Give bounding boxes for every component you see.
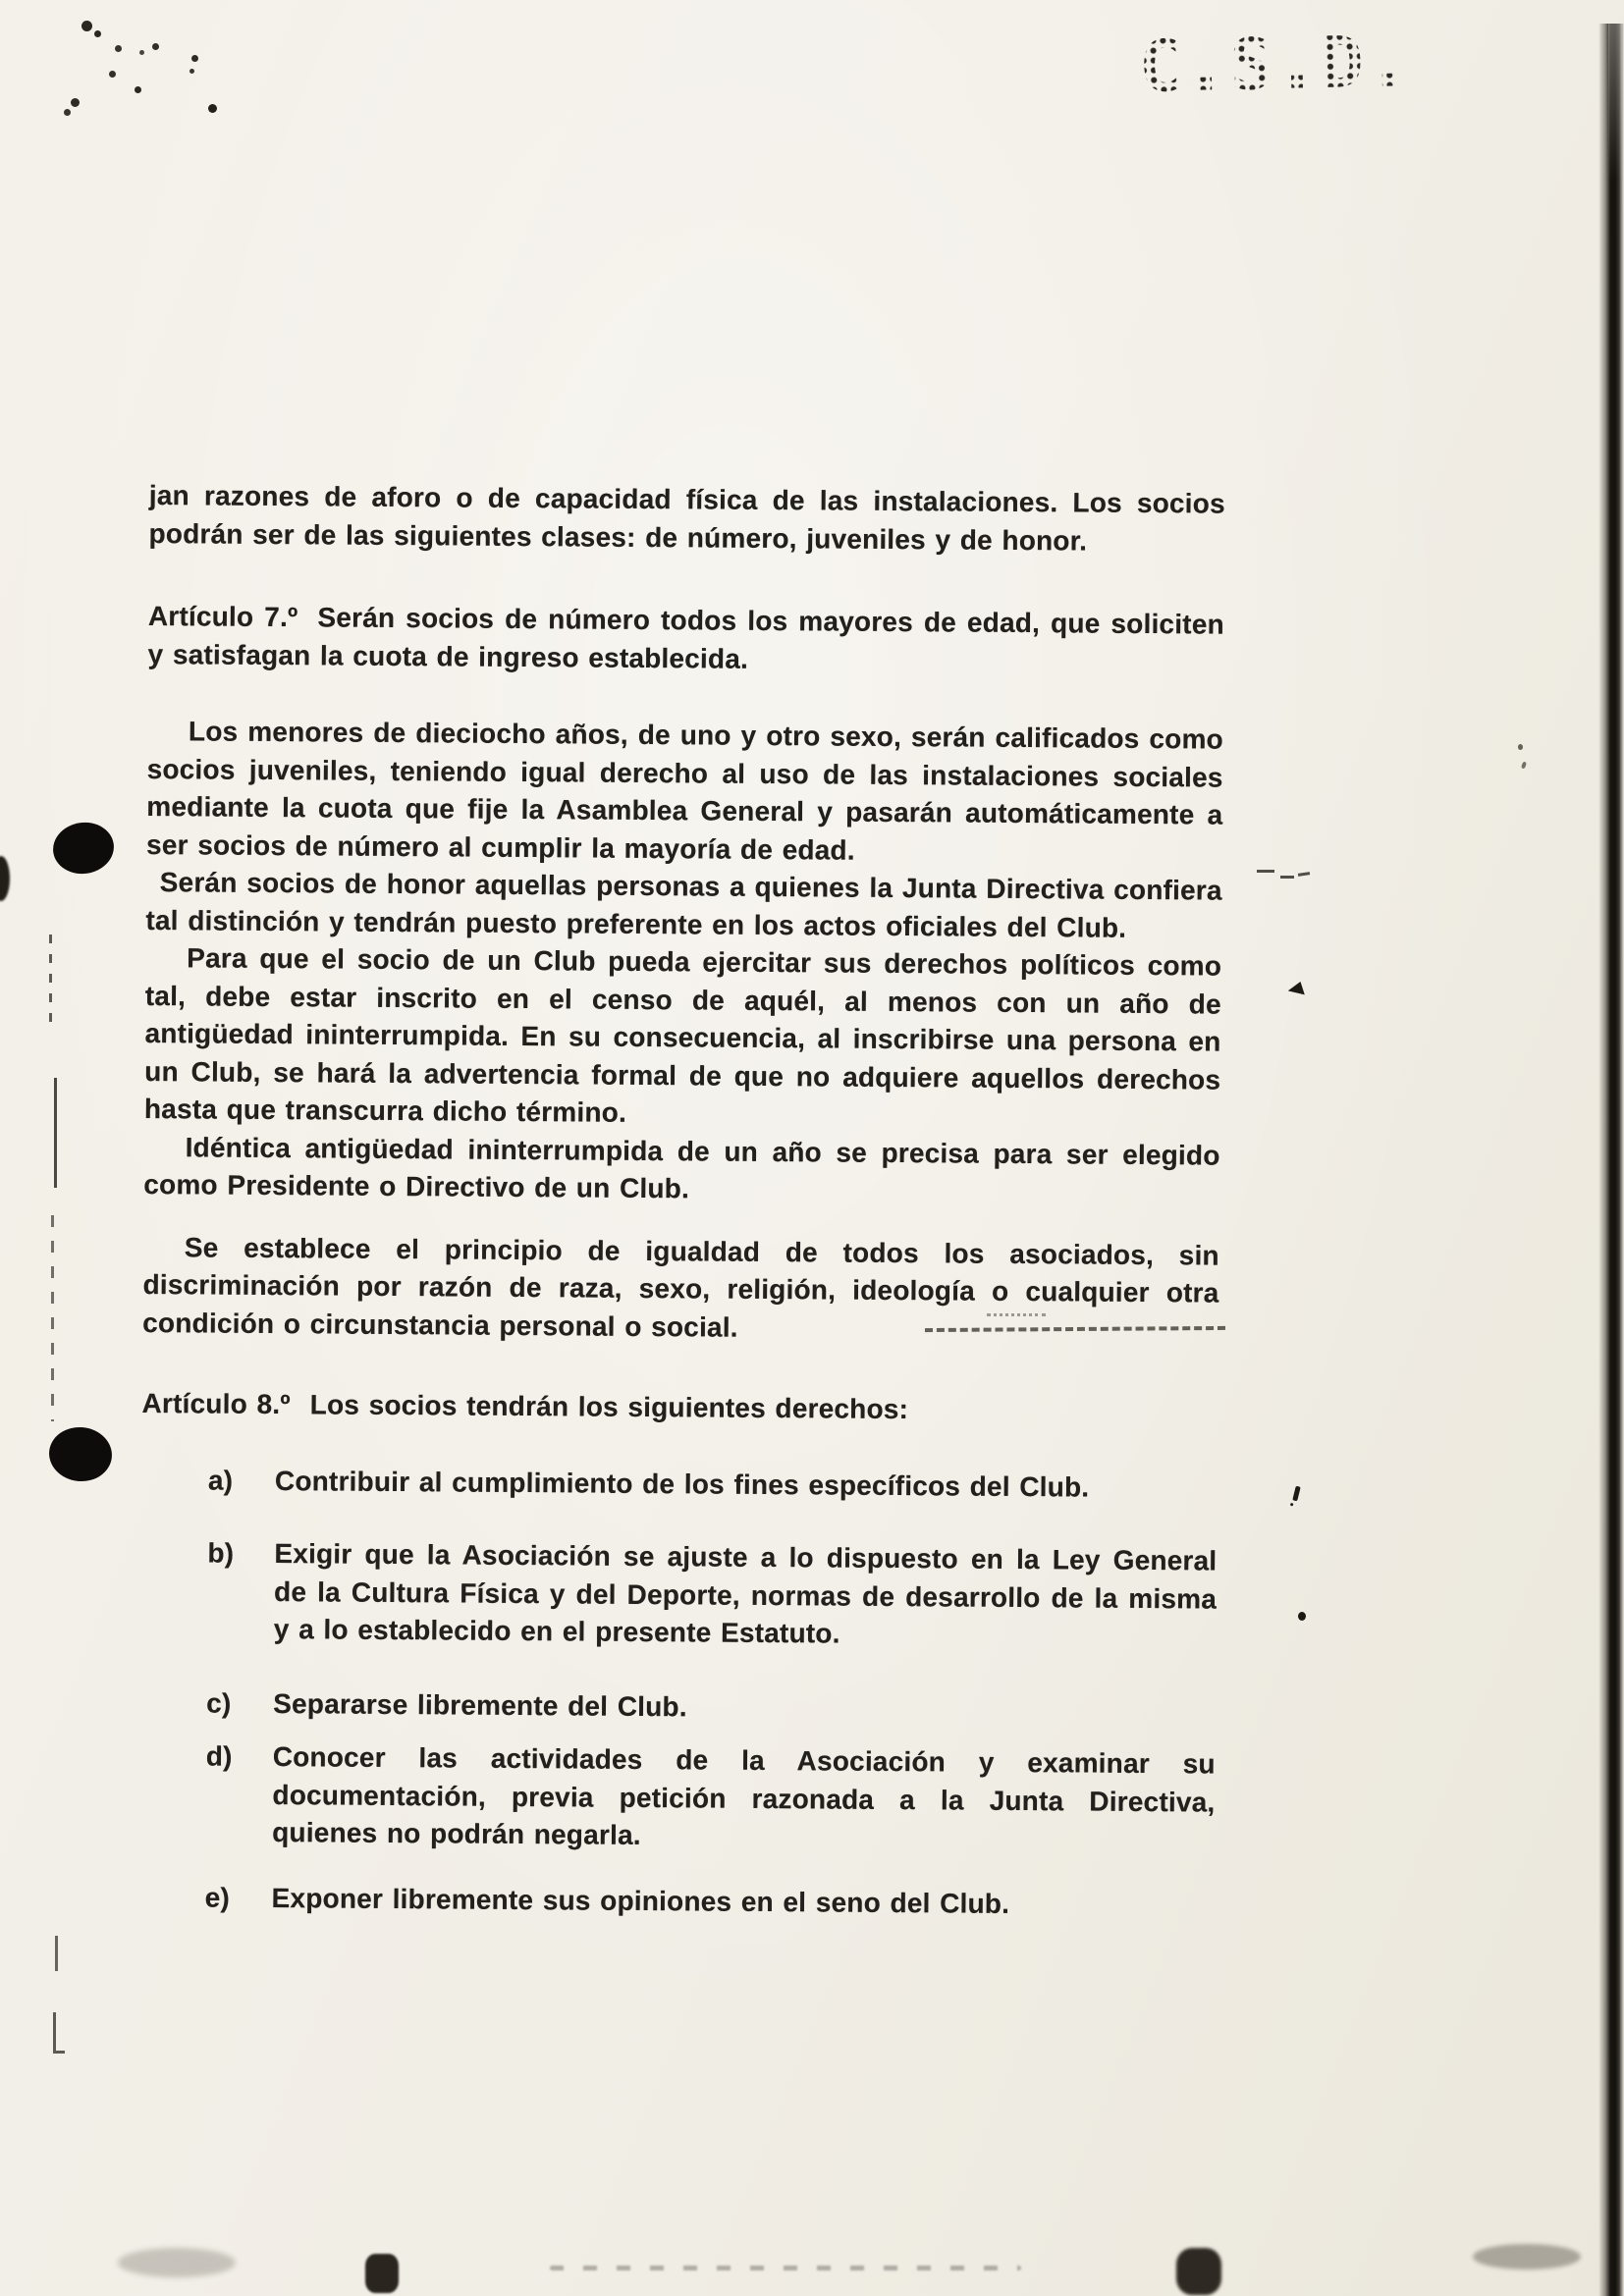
csd-dotted-stamp: C.S.D. <box>1138 11 1415 125</box>
list-item-marker: b) <box>207 1535 234 1574</box>
article-7-label: Artículo 7.º <box>148 601 298 632</box>
scan-artifact-pen-dashes <box>1257 868 1316 883</box>
scan-artifact-dot <box>1518 744 1523 750</box>
article-7-body-paragraph: Se establece el principio de igualdad de… <box>142 1228 1219 1350</box>
hole-punch-dot-bottom <box>46 1424 114 1484</box>
scan-artifact-arrow-mark <box>1286 982 1305 999</box>
scan-artifact-smudge <box>1176 2248 1221 2295</box>
scanned-document-page: C.S.D. jan razones de aforo o de capacid… <box>0 0 1624 2296</box>
list-item-marker: a) <box>208 1462 234 1500</box>
scan-artifact-smudge <box>118 2248 236 2277</box>
scan-artifact-dot <box>1521 762 1527 770</box>
scan-artifact-margin-tick <box>55 1936 58 1971</box>
list-item-marker: c) <box>206 1684 232 1723</box>
article-7-body-paragraph: Los menores de dieciocho años, de uno y … <box>146 713 1223 873</box>
article-7-lead: Serán socios de número todos los mayores… <box>147 602 1224 673</box>
list-item-marker: e) <box>204 1879 230 1917</box>
scan-artifact-dot <box>1298 1612 1306 1621</box>
scan-artifact-smudge <box>550 2266 1021 2270</box>
scan-artifact-smudge <box>0 856 10 901</box>
list-item-text: Conocer las actividades de la Asociación… <box>272 1741 1216 1850</box>
article-7-body-paragraph: Para que el socio de un Club pueda ejerc… <box>144 939 1221 1137</box>
list-item: a)Contribuir al cumplimiento de los fine… <box>141 1461 1218 1507</box>
list-item-text: Exigir que la Asociación se ajuste a lo … <box>274 1538 1218 1649</box>
scan-edge-shadow <box>1598 24 1624 2296</box>
scan-edge-fade <box>1608 24 1622 181</box>
scan-artifact-smudge <box>365 2254 399 2293</box>
list-item: c)Separarse libremente del Club. <box>139 1683 1216 1730</box>
scan-artifact-margin-dashes <box>49 934 52 1031</box>
list-item-text: Contribuir al cumplimiento de los fines … <box>275 1466 1090 1503</box>
list-item-text: Exponer libremente sus opiniones en el s… <box>272 1883 1010 1919</box>
document-text-block: jan razones de aforo o de capacidad físi… <box>137 477 1224 1925</box>
article-8-paragraph: Artículo 8.ºLos socios tendrán los sigui… <box>141 1385 1218 1431</box>
intro-paragraph: jan razones de aforo o de capacidad físi… <box>148 477 1225 561</box>
scan-artifact-margin-dashes <box>51 1215 54 1421</box>
article-7-paragraph: Artículo 7.ºSerán socios de número todos… <box>147 598 1224 682</box>
article-7-body-paragraph: Idéntica antigüedad ininterrumpida de un… <box>143 1128 1220 1212</box>
list-item-marker: d) <box>206 1737 233 1776</box>
rights-list: a)Contribuir al cumplimiento de los fine… <box>137 1461 1218 1924</box>
scan-artifact-smudge <box>1473 2244 1581 2269</box>
list-item: d)Conocer las actividades de la Asociaci… <box>138 1737 1216 1859</box>
corner-ink-speckles <box>0 0 5 5</box>
hole-punch-dot-top <box>50 819 118 878</box>
list-item: b)Exigir que la Asociación se ajuste a l… <box>140 1534 1218 1656</box>
article-7-body-paragraph: Serán socios de honor aquellas personas … <box>145 864 1222 948</box>
scan-artifact-tick <box>1292 1486 1300 1502</box>
scan-artifact-margin-tick <box>53 2012 56 2054</box>
list-item: e)Exponer libremente sus opiniones en el… <box>137 1878 1214 1924</box>
scan-artifact-margin-line <box>54 1078 57 1188</box>
article-8-label: Artículo 8.º <box>141 1388 290 1419</box>
article-8-lead: Los socios tendrán los siguientes derech… <box>310 1389 909 1424</box>
list-item-text: Separarse libremente del Club. <box>273 1688 687 1722</box>
